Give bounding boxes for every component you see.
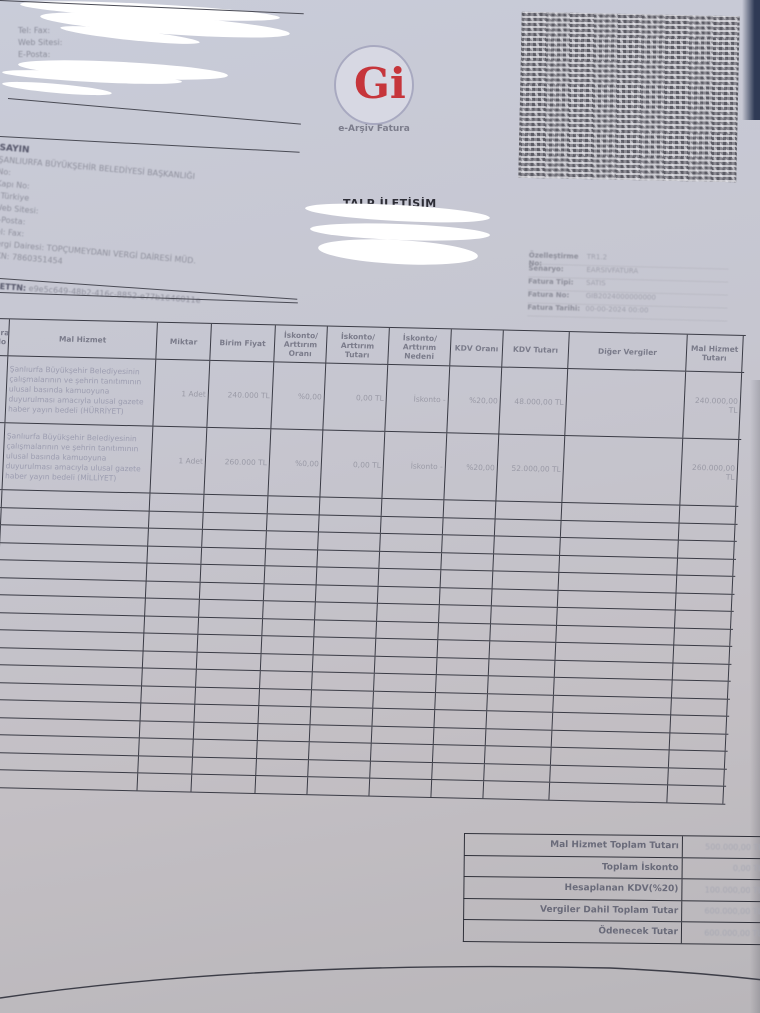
- empty-cell: [558, 590, 677, 609]
- empty-cell: [317, 567, 380, 585]
- empty-cell: [492, 589, 559, 607]
- empty-cell: [555, 660, 674, 679]
- empty-cell: [0, 700, 141, 720]
- empty-cell: [495, 519, 562, 537]
- empty-cell: [379, 569, 442, 587]
- redaction-mark: [317, 236, 478, 268]
- empty-cell: [143, 651, 198, 669]
- empty-cell: [315, 602, 378, 620]
- empty-cell: [201, 565, 266, 583]
- totals-value: 600.000,00 TL: [682, 901, 760, 922]
- buyer-info: SAYIN ŞANLIURFA BÜYÜKŞEHİR BELEDİYESİ BA…: [0, 142, 299, 288]
- empty-cell: [147, 564, 202, 582]
- redaction-mark: [305, 200, 491, 226]
- empty-cell: [198, 635, 263, 653]
- cell-discount-amount: 0,00 TL: [323, 364, 388, 431]
- empty-cell: [674, 628, 731, 646]
- column-header: İskonto/ Arttırım Tutarı: [326, 327, 390, 364]
- empty-cell: [314, 637, 377, 655]
- empty-cell: [444, 500, 497, 518]
- empty-cell: [494, 536, 561, 554]
- empty-cell: [262, 636, 315, 654]
- empty-cell: [441, 553, 494, 571]
- empty-cell: [371, 744, 434, 762]
- empty-cell: [376, 621, 439, 639]
- empty-cell: [370, 761, 433, 779]
- empty-cell: [433, 745, 486, 763]
- page-fold-line: [0, 960, 760, 1000]
- empty-cell: [307, 777, 370, 795]
- empty-cell: [489, 659, 556, 677]
- column-header: İskonto/ Arttırım Nedeni: [388, 328, 452, 365]
- empty-cell: [496, 501, 563, 519]
- cell-discount-amount: 0,00 TL: [320, 431, 385, 498]
- empty-cell: [560, 538, 679, 557]
- empty-cell: [0, 543, 148, 563]
- meta-value: 00-00-2024 00:00: [585, 305, 727, 321]
- empty-cell: [261, 654, 314, 672]
- empty-cell: [202, 530, 267, 548]
- empty-cell: [139, 738, 194, 756]
- column-header: İskonto/ Arttırım Oranı: [274, 325, 328, 362]
- empty-cell: [559, 573, 678, 592]
- empty-cell: [552, 730, 671, 749]
- empty-cell: [259, 689, 312, 707]
- empty-cell: [382, 499, 445, 517]
- empty-cell: [192, 757, 257, 775]
- empty-cell: [146, 581, 201, 599]
- meta-label: Fatura No:: [528, 290, 586, 304]
- empty-cell: [436, 675, 489, 693]
- empty-cell: [140, 721, 195, 739]
- empty-cell: [432, 763, 485, 781]
- empty-cell: [308, 760, 371, 778]
- empty-cell: [669, 750, 726, 768]
- empty-cell: [0, 560, 147, 580]
- empty-cell: [142, 668, 197, 686]
- empty-cell: [257, 741, 310, 759]
- empty-cell: [0, 683, 142, 703]
- empty-cell: [561, 520, 680, 539]
- empty-cell: [378, 586, 441, 604]
- empty-cell: [195, 705, 260, 723]
- empty-cell: [263, 601, 316, 619]
- sender-phone: Tel: Fax:: [18, 26, 50, 35]
- empty-cell: [0, 578, 147, 598]
- cell-discount-reason: İskonto -: [382, 432, 447, 499]
- empty-cell: [265, 566, 318, 584]
- cell-vat-amount: 52.000,00 TL: [496, 434, 565, 501]
- empty-cell: [484, 764, 551, 782]
- empty-cell: [675, 611, 732, 629]
- cell-discount-rate: %0,00: [271, 362, 326, 429]
- meta-label: Senaryo:: [528, 264, 586, 278]
- empty-cell: [0, 753, 139, 773]
- cell-vat-rate: %20,00: [444, 433, 499, 500]
- empty-cell: [2, 490, 151, 510]
- empty-cell: [485, 746, 552, 764]
- empty-cell: [268, 496, 321, 514]
- totals-table: Mal Hizmet Toplam Tutarı500.000,00 TLTop…: [463, 833, 760, 945]
- empty-cell: [198, 617, 263, 635]
- empty-cell: [557, 608, 676, 627]
- totals-label: Hesaplanan KDV(%20): [464, 877, 682, 900]
- empty-cell: [556, 625, 675, 644]
- empty-cell: [486, 729, 553, 747]
- empty-cell: [259, 706, 312, 724]
- invoice-meta: Özelleştirme No:TR1.2Senaryo:EARSIVFATUR…: [527, 251, 729, 321]
- empty-cell: [372, 726, 435, 744]
- cell-vat-rate: %20,00: [447, 366, 502, 433]
- empty-cell: [678, 541, 735, 559]
- invoice-items-table: Sıra NoMal HizmetMiktarBirim Fiyatİskont…: [0, 318, 746, 804]
- empty-cell: [491, 606, 558, 624]
- empty-cell: [199, 600, 264, 618]
- totals-row: Vergiler Dahil Toplam Tutar600.000,00 TL: [463, 898, 760, 923]
- column-header: Miktar: [156, 323, 212, 360]
- empty-cell: [0, 595, 146, 615]
- totals-row: Mal Hizmet Toplam Tutarı500.000,00 TL: [464, 833, 760, 859]
- empty-cell: [138, 773, 193, 791]
- empty-cell: [312, 672, 375, 690]
- cell-other-taxes: [562, 436, 683, 505]
- invoice-page: Tel: Fax: Web Sitesi: E-Posta: Gi e-Arşi…: [0, 0, 760, 1013]
- totals-label: Toplam İskonto: [465, 856, 683, 879]
- empty-cell: [677, 576, 734, 594]
- empty-cell: [493, 554, 560, 572]
- empty-cell: [369, 779, 432, 797]
- empty-cell: [0, 665, 143, 685]
- gib-logo: Gi: [334, 45, 414, 125]
- empty-cell: [197, 652, 262, 670]
- empty-cell: [375, 656, 438, 674]
- empty-cell: [0, 770, 138, 790]
- cell-line-total: 260.000,00 TL: [680, 439, 739, 506]
- empty-cell: [255, 776, 308, 794]
- empty-cell: [431, 780, 484, 798]
- empty-cell: [381, 516, 444, 534]
- cell-discount-rate: %0,00: [268, 429, 323, 496]
- empty-cell: [679, 523, 736, 541]
- empty-cell: [676, 593, 733, 611]
- empty-cell: [373, 691, 436, 709]
- empty-cell: [490, 641, 557, 659]
- empty-cell: [486, 711, 553, 729]
- totals-row: Ödenecek Tutar600.000,00 TL: [463, 920, 760, 945]
- empty-cell: [0, 648, 144, 668]
- column-header: Mal Hizmet Tutarı: [686, 335, 744, 372]
- empty-cell: [320, 497, 383, 515]
- empty-cell: [1, 508, 150, 528]
- empty-cell: [258, 724, 311, 742]
- empty-cell: [483, 781, 550, 799]
- empty-cell: [379, 551, 442, 569]
- cell-line-total: 240.000,00 TL: [683, 372, 742, 439]
- empty-cell: [554, 678, 673, 697]
- empty-cell: [376, 639, 439, 657]
- empty-cell: [266, 531, 319, 549]
- empty-cell: [438, 623, 491, 641]
- empty-cell: [0, 630, 144, 650]
- cell-description: Şanlıurfa Büyükşehir Belediyesinin çalış…: [3, 423, 154, 492]
- empty-cell: [194, 722, 259, 740]
- column-header: KDV Oranı: [450, 329, 504, 366]
- cell-vat-amount: 48.000,00 TL: [499, 368, 568, 435]
- totals-row: Toplam İskonto0,00 TL: [464, 855, 760, 880]
- empty-cell: [549, 783, 668, 802]
- empty-cell: [265, 549, 318, 567]
- empty-cell: [552, 713, 671, 732]
- empty-cell: [488, 676, 555, 694]
- empty-cell: [553, 695, 672, 714]
- empty-cell: [373, 709, 436, 727]
- empty-cell: [203, 512, 268, 530]
- totals-label: Vergiler Dahil Toplam Tutar: [464, 899, 682, 922]
- empty-cell: [434, 710, 487, 728]
- empty-cell: [434, 728, 487, 746]
- empty-cell: [562, 503, 681, 522]
- empty-cell: [550, 765, 669, 784]
- empty-cell: [670, 715, 727, 733]
- sender-email: E-Posta:: [18, 50, 50, 59]
- document-type-label: e-Arşiv Fatura: [326, 124, 422, 134]
- column-header: Mal Hizmet: [8, 319, 158, 358]
- empty-cell: [437, 658, 490, 676]
- meta-label: Özelleştirme No:: [529, 251, 587, 265]
- empty-cell: [0, 525, 149, 545]
- empty-cell: [0, 735, 140, 755]
- empty-cell: [374, 674, 437, 692]
- meta-label: Fatura Tipi:: [528, 277, 586, 291]
- empty-cell: [311, 707, 374, 725]
- sender-website: Web Sitesi:: [18, 38, 62, 47]
- empty-cell: [311, 690, 374, 708]
- empty-cell: [262, 619, 315, 637]
- empty-cell: [487, 694, 554, 712]
- empty-cell: [439, 605, 492, 623]
- empty-cell: [144, 633, 199, 651]
- totals-value: 600.000,00 TL: [682, 922, 760, 943]
- empty-cell: [150, 494, 205, 512]
- empty-cell: [668, 768, 725, 786]
- column-header: KDV Tutarı: [502, 331, 570, 368]
- empty-cell: [556, 643, 675, 662]
- empty-cell: [559, 555, 678, 574]
- empty-cell: [490, 624, 557, 642]
- empty-cell: [317, 550, 380, 568]
- divider: [8, 98, 301, 125]
- empty-cell: [192, 775, 257, 793]
- empty-cell: [148, 529, 203, 547]
- empty-cell: [141, 703, 196, 721]
- gib-logo-icon: Gi: [354, 61, 394, 107]
- empty-cell: [441, 570, 494, 588]
- empty-cell: [671, 698, 728, 716]
- empty-cell: [672, 680, 729, 698]
- totals-value: 100.000,00 TL: [682, 879, 760, 900]
- totals-row: Hesaplanan KDV(%20)100.000,00 TL: [463, 877, 760, 902]
- empty-cell: [200, 582, 265, 600]
- cell-discount-reason: İskonto -: [385, 365, 450, 432]
- empty-cell: [309, 742, 372, 760]
- empty-cell: [435, 693, 488, 711]
- empty-cell: [267, 514, 320, 532]
- empty-cell: [193, 740, 258, 758]
- empty-cell: [256, 759, 309, 777]
- empty-cell: [670, 733, 727, 751]
- meta-label: Fatura Tarihi:: [527, 303, 585, 317]
- empty-cell: [201, 547, 266, 565]
- empty-cell: [316, 585, 379, 603]
- cell-description: Şanlıurfa Büyükşehir Belediyesinin çalış…: [5, 356, 156, 425]
- totals-label: Ödenecek Tutar: [464, 920, 682, 943]
- empty-cell: [195, 687, 260, 705]
- empty-cell: [260, 671, 313, 689]
- empty-cell: [310, 725, 373, 743]
- totals-value: 0,00 TL: [683, 858, 760, 879]
- column-header: Diğer Vergiler: [568, 332, 688, 371]
- empty-cell: [318, 532, 381, 550]
- empty-cell: [442, 535, 495, 553]
- empty-cell: [264, 584, 317, 602]
- empty-cell: [377, 604, 440, 622]
- empty-cell: [673, 663, 730, 681]
- column-header: Birim Fiyat: [210, 324, 276, 361]
- empty-cell: [551, 748, 670, 767]
- empty-cell: [141, 686, 196, 704]
- cell-unit-price: 240.000 TL: [207, 361, 274, 428]
- empty-cell: [493, 571, 560, 589]
- empty-cell: [667, 785, 724, 803]
- empty-cell: [149, 511, 204, 529]
- totals-label: Mal Hizmet Toplam Tutarı: [465, 834, 683, 857]
- cell-quantity: 1 Adet: [153, 360, 210, 427]
- empty-cell: [440, 588, 493, 606]
- empty-cell: [204, 495, 269, 513]
- empty-cell: [138, 756, 193, 774]
- empty-cell: [196, 670, 261, 688]
- cell-quantity: 1 Adet: [150, 427, 207, 494]
- totals-value: 500.000,00 TL: [683, 836, 760, 857]
- empty-cell: [0, 718, 141, 738]
- empty-cell: [145, 599, 200, 617]
- background-edge: [742, 0, 760, 120]
- qr-code: [518, 12, 739, 183]
- empty-cell: [314, 620, 377, 638]
- empty-cell: [677, 558, 734, 576]
- empty-cell: [313, 655, 376, 673]
- empty-cell: [144, 616, 199, 634]
- empty-cell: [319, 515, 382, 533]
- empty-cell: [673, 646, 730, 664]
- empty-cell: [147, 546, 202, 564]
- empty-cell: [438, 640, 491, 658]
- empty-cell: [680, 506, 737, 524]
- empty-cell: [380, 534, 443, 552]
- cell-unit-price: 260.000 TL: [204, 428, 271, 495]
- cell-other-taxes: [565, 369, 686, 438]
- empty-cell: [0, 613, 145, 633]
- empty-cell: [443, 518, 496, 536]
